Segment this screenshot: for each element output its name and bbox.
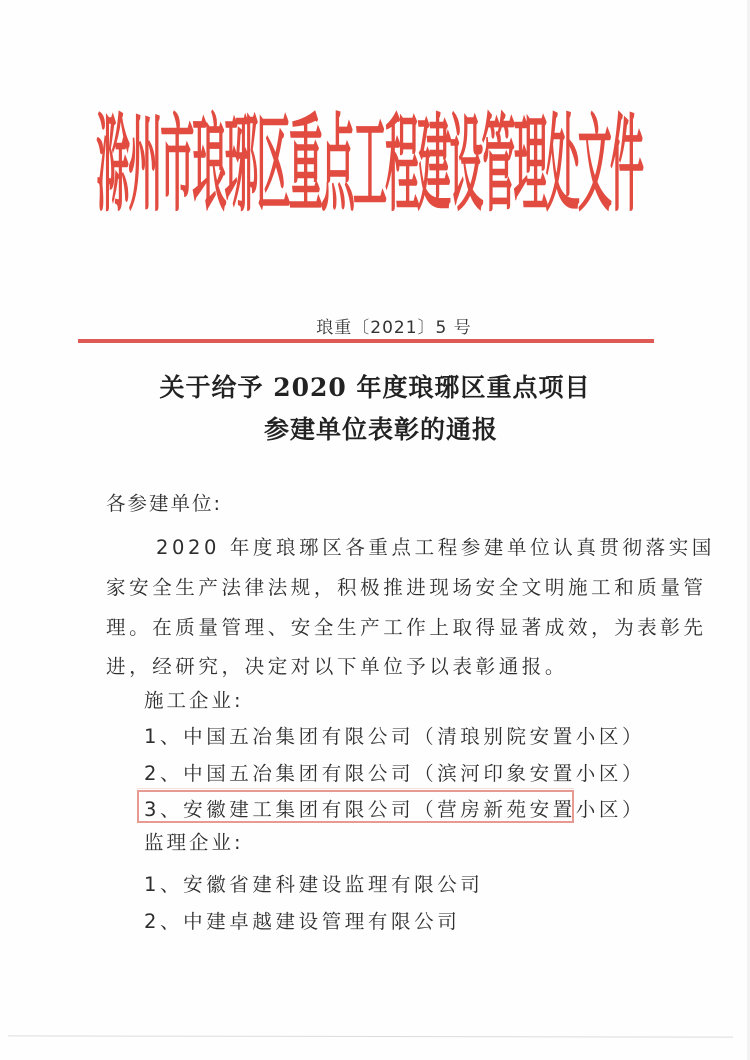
document-title-line-2: 参建单位表彰的通报 [0, 410, 750, 446]
header-char: 重 [289, 114, 320, 219]
document-number: 琅重〔2021〕5 号 [0, 313, 750, 338]
header-char: 理 [514, 114, 545, 219]
paragraph-line: 理。在质量管理、安全生产工作上取得显著成效，为表彰先 [106, 612, 707, 640]
construction-section-label: 施工企业: [144, 685, 244, 713]
page-bottom-edge [8, 1035, 733, 1037]
red-divider-rule [78, 339, 654, 343]
construction-list-item: 2、中国五冶集团有限公司（滨河印象安置小区） [144, 758, 645, 786]
header-char: 琅 [192, 114, 223, 219]
header-char: 件 [610, 114, 641, 219]
header-char: 琊 [225, 114, 256, 219]
issuer-header: 滁 州 市 琅 琊 区 重 点 工 程 建 设 管 理 处 文 件 [96, 112, 641, 222]
header-char: 处 [546, 114, 577, 219]
header-char: 管 [482, 114, 513, 219]
header-char: 建 [417, 114, 448, 219]
header-char: 设 [449, 114, 480, 219]
supervision-section-label: 监理企业: [144, 827, 244, 855]
header-char: 文 [578, 114, 609, 219]
construction-list-item-highlighted: 3、安徽建工集团有限公司（营房新苑安置小区） [144, 794, 645, 822]
header-char: 市 [160, 114, 191, 219]
header-char: 滁 [96, 114, 127, 219]
faint-divider [137, 788, 574, 789]
header-char: 点 [321, 114, 352, 219]
supervision-list-item: 1、安徽省建科建设监理有限公司 [144, 869, 483, 897]
document-page: 滁 州 市 琅 琊 区 重 点 工 程 建 设 管 理 处 文 件 琅重〔202… [0, 0, 750, 1060]
header-char: 工 [353, 114, 384, 219]
document-title-line-1: 关于给予 2020 年度琅琊区重点项目 [0, 368, 750, 404]
paragraph-line: 家安全生产法律法规，积极推进现场安全文明施工和质量管 [106, 572, 707, 600]
paragraph-line: 2020 年度琅琊区各重点工程参建单位认真贯彻落实国 [156, 532, 715, 560]
supervision-list-item: 2、中建卓越建设管理有限公司 [144, 906, 460, 934]
header-char: 区 [257, 114, 288, 219]
salutation: 各参建单位: [106, 488, 222, 516]
header-char: 程 [385, 114, 416, 219]
paragraph-line: 进，经研究，决定对以下单位予以表彰通报。 [106, 651, 568, 679]
header-char: 州 [128, 114, 159, 219]
construction-list-item: 1、中国五冶集团有限公司（清琅别院安置小区） [144, 721, 645, 749]
